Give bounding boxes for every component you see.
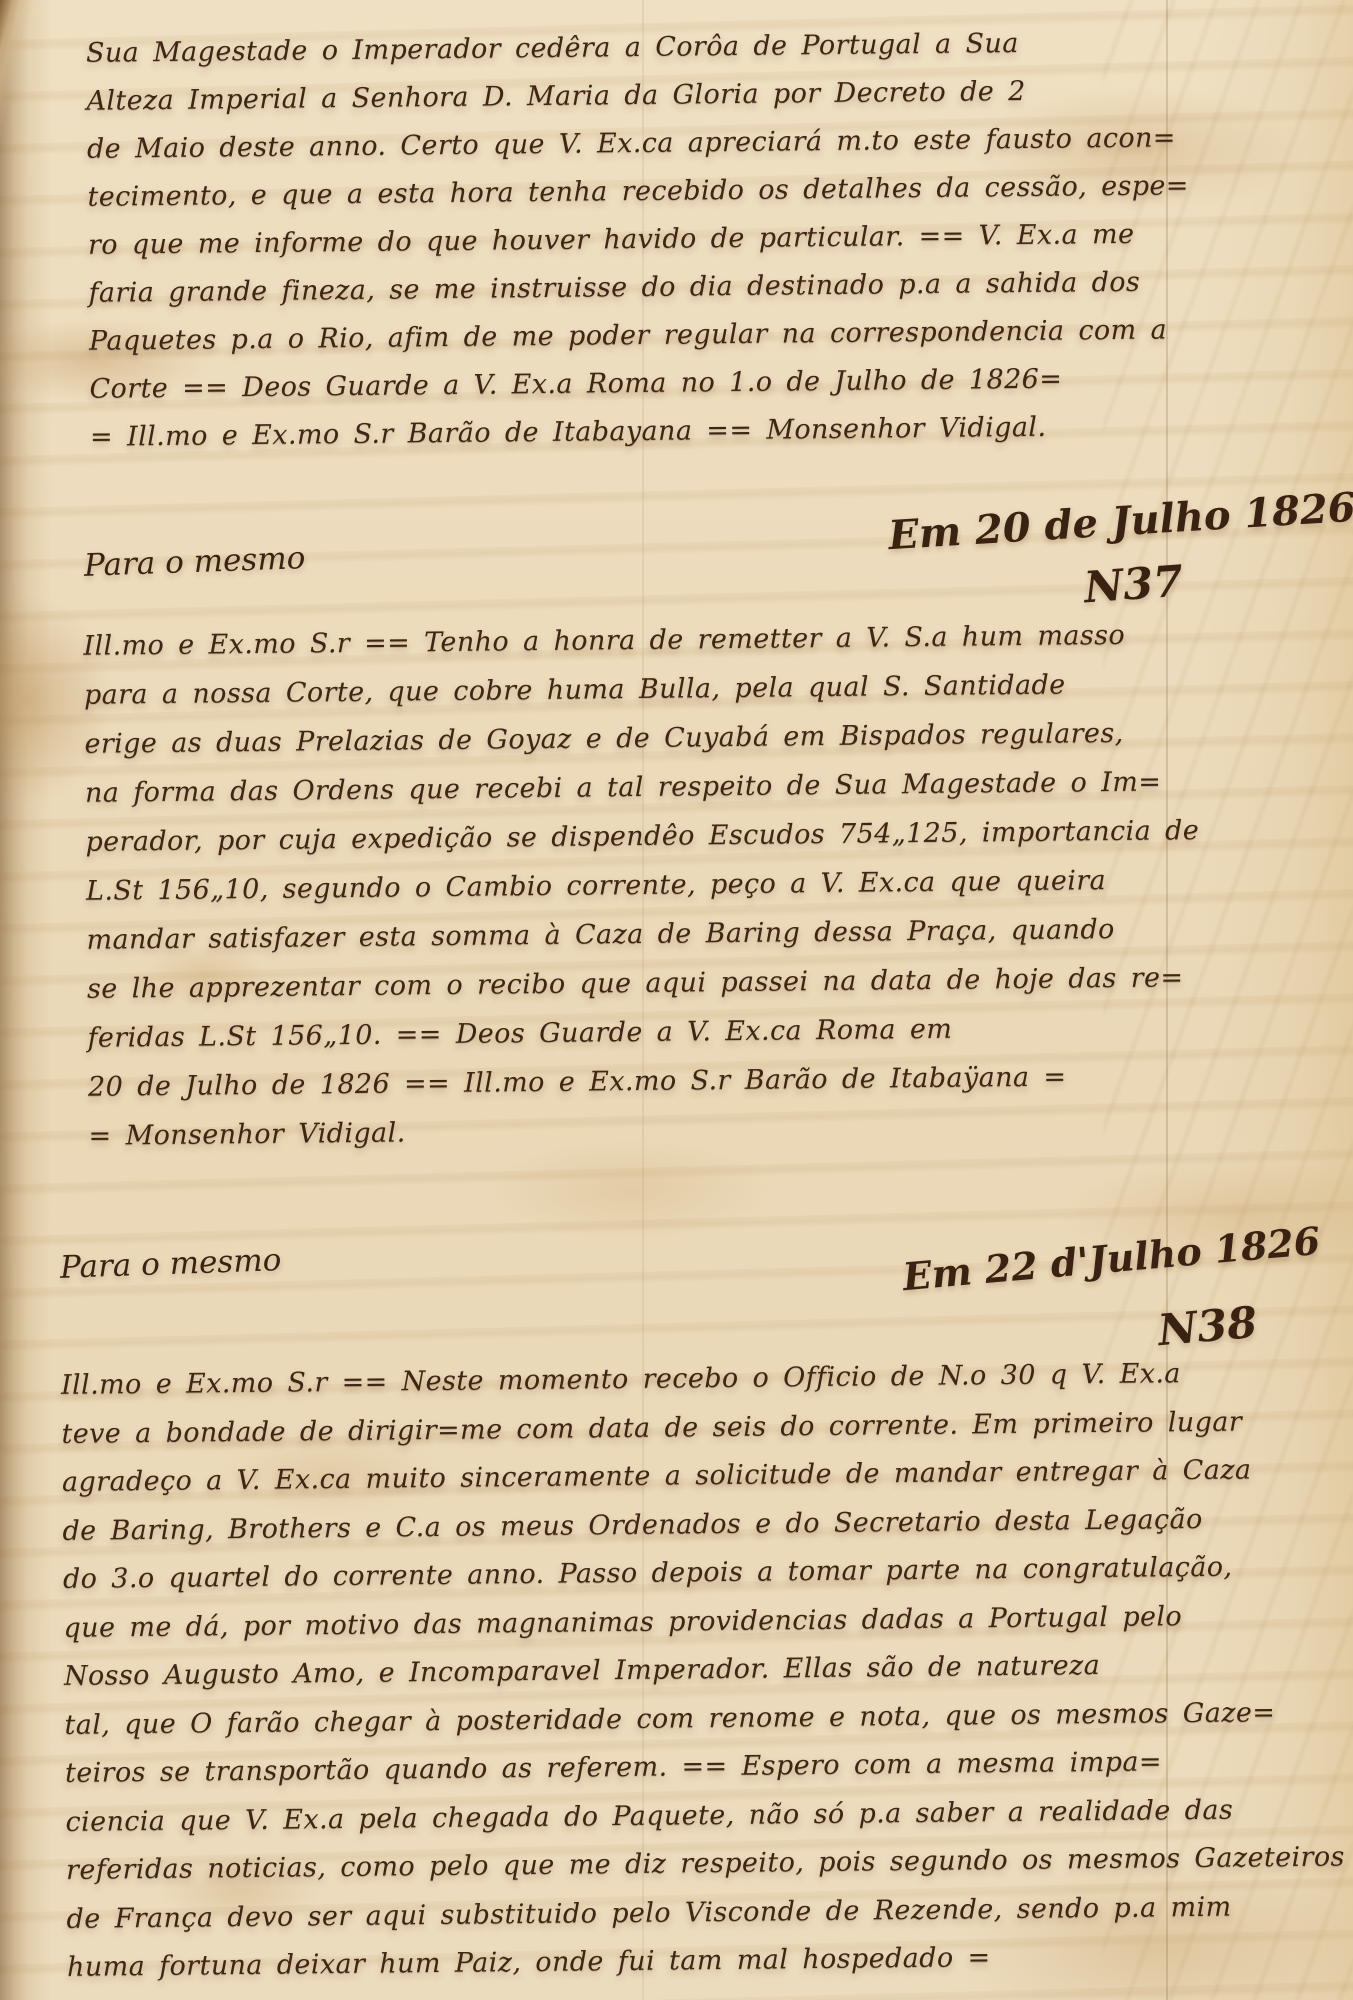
letter-1-body: Sua Magestade o Imperador cedêra a Corôa…: [86, 18, 1190, 461]
manuscript-line: = Ill.mo e Ex.mo S.r Barão de Itabayana …: [90, 402, 1190, 462]
letter-3-number: N38: [1156, 1298, 1259, 1356]
manuscript-line: = Monsenhor Vidigal.: [88, 1100, 1188, 1161]
letter-3-body: Ill.mo e Ex.mo S.r == Neste momento rece…: [61, 1350, 1188, 1992]
manuscript-page: Sua Magestade o Imperador cedêra a Corôa…: [0, 0, 1353, 2000]
manuscript-line: huma fortuna deixar hum Paiz, onde fui t…: [67, 1932, 1187, 1992]
letter-2-number: N37: [1082, 557, 1184, 614]
book-binding-edge: [0, 0, 86, 430]
letter-2-heading: Para o mesmo: [83, 540, 305, 584]
letter-2-body: Ill.mo e Ex.mo S.r == Tenho a honra de r…: [83, 610, 1189, 1160]
letter-3-heading: Para o mesmo: [59, 1242, 281, 1286]
